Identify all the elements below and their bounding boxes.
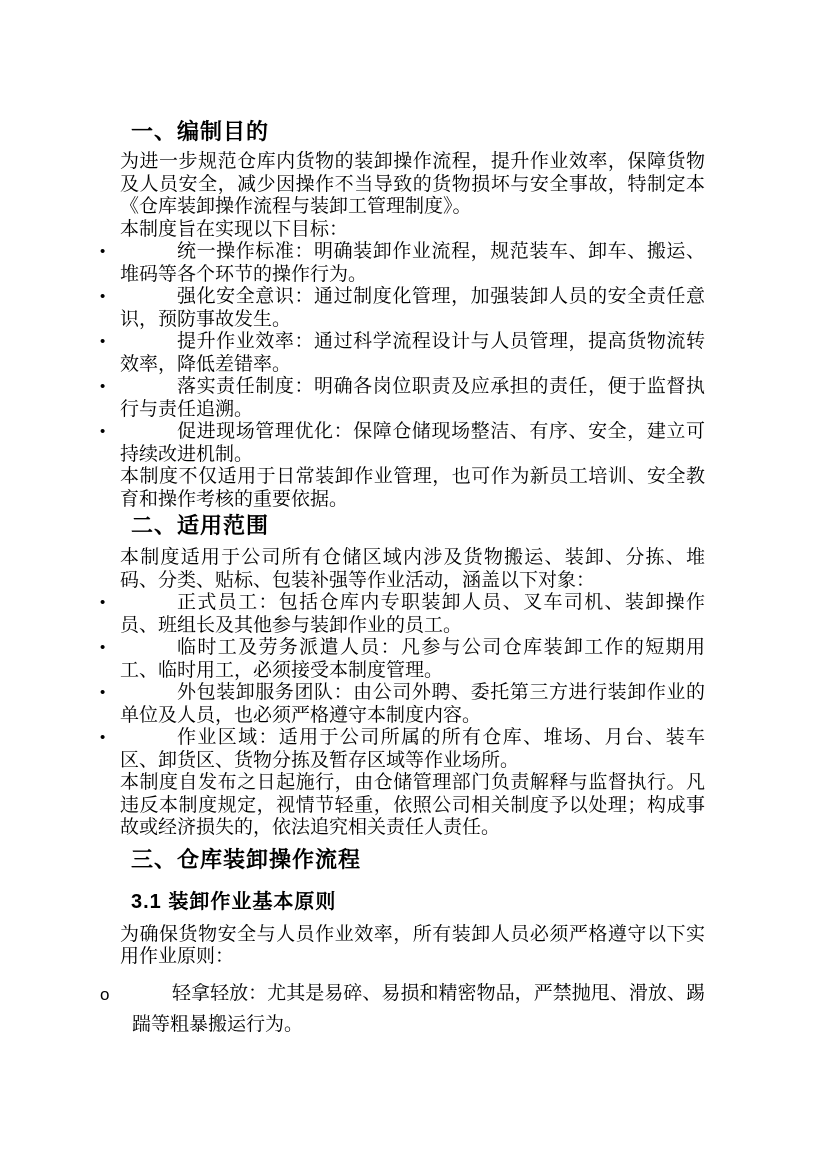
section-3-heading: 三、仓库装卸操作流程 — [131, 847, 705, 873]
list-item-text: 统一操作标准：明确装卸作业流程，规范装车、卸车、搬运、堆码等各个环节的操作行为。 — [120, 241, 705, 285]
bullet-marker: • — [100, 376, 105, 399]
bullet-list-item: • 强化安全意识：通过制度化管理，加强装卸人员的安全责任意识，预防事故发生。 — [120, 286, 705, 331]
bullet-marker: • — [100, 637, 105, 660]
list-item-text: 落实责任制度：明确各岗位职责及应承担的责任，便于监督执行与责任追溯。 — [120, 376, 705, 420]
circle-o-marker: o — [100, 979, 109, 1010]
bullet-list-item: • 统一操作标准：明确装卸作业流程，规范装车、卸车、搬运、堆码等各个环节的操作行… — [120, 241, 705, 286]
list-item-text: 外包装卸服务团队：由公司外聘、委托第三方进行装卸作业的单位及人员，也必须严格遵守… — [120, 682, 705, 726]
bullet-marker: • — [100, 592, 105, 615]
bullet-list-item: • 落实责任制度：明确各岗位职责及应承担的责任，便于监督执行与责任追溯。 — [120, 376, 705, 421]
bullet-list-item: • 作业区域：适用于公司所属的所有仓库、堆场、月台、装车区、卸货区、货物分拣及暂… — [120, 727, 705, 772]
list-item-text: 正式员工：包括仓库内专职装卸人员、叉车司机、装卸操作员、班组长及其他参与装卸作业… — [120, 592, 705, 636]
list-item-text: 促进现场管理优化：保障仓储现场整洁、有序、安全，建立可持续改进机制。 — [120, 421, 705, 465]
list-item-text: 提升作业效率：通过科学流程设计与人员管理，提高货物流转效率，降低差错率。 — [120, 331, 705, 375]
section-1-heading: 一、编制目的 — [131, 119, 705, 145]
body-paragraph: 本制度旨在实现以下目标： — [120, 219, 705, 242]
body-paragraph: 本制度自发布之日起施行，由仓储管理部门负责解释与监督执行。凡违反本制度规定，视情… — [120, 772, 705, 840]
document-page: 一、编制目的 为进一步规范仓库内货物的装卸操作流程，提升作业效率，保障货物及人员… — [0, 0, 826, 1169]
subsection-3-1-heading: 3.1 装卸作业基本原则 — [131, 890, 705, 914]
body-paragraph: 本制度不仅适用于日常装卸作业管理，也可作为新员工培训、安全教育和操作考核的重要依… — [120, 466, 705, 511]
bullet-list-item: • 正式员工：包括仓库内专职装卸人员、叉车司机、装卸操作员、班组长及其他参与装卸… — [120, 592, 705, 637]
bullet-marker: • — [100, 682, 105, 705]
list-item-text: 轻拿轻放：尤其是易碎、易损和精密物品，严禁抛甩、滑放、踢踹等粗暴搬运行为。 — [132, 983, 705, 1035]
bullet-marker: • — [100, 421, 105, 444]
bullet-list-item: • 临时工及劳务派遣人员：凡参与公司仓库装卸工作的短期用工、临时用工，必须接受本… — [120, 637, 705, 682]
bullet-list-item: • 外包装卸服务团队：由公司外聘、委托第三方进行装卸作业的单位及人员，也必须严格… — [120, 682, 705, 727]
body-paragraph: 为进一步规范仓库内货物的装卸操作流程，提升作业效率，保障货物及人员安全，减少因操… — [120, 151, 705, 219]
bullet-marker: • — [100, 727, 105, 750]
list-item-text: 临时工及劳务派遣人员：凡参与公司仓库装卸工作的短期用工、临时用工，必须接受本制度… — [120, 637, 705, 681]
list-item-text: 强化安全意识：通过制度化管理，加强装卸人员的安全责任意识，预防事故发生。 — [120, 286, 705, 330]
section-2-heading: 二、适用范围 — [131, 513, 705, 539]
body-paragraph: 为确保货物安全与人员作业效率，所有装卸人员必须严格遵守以下实用作业原则： — [120, 924, 705, 969]
bullet-marker: • — [100, 241, 105, 264]
bullet-marker: • — [100, 331, 105, 354]
list-item-text: 作业区域：适用于公司所属的所有仓库、堆场、月台、装车区、卸货区、货物分拣及暂存区… — [120, 727, 705, 771]
sub-bullet-list-item: o 轻拿轻放：尤其是易碎、易损和精密物品，严禁抛甩、滑放、踢踹等粗暴搬运行为。 — [132, 978, 705, 1040]
bullet-marker: • — [100, 286, 105, 309]
bullet-list-item: • 提升作业效率：通过科学流程设计与人员管理，提高货物流转效率，降低差错率。 — [120, 331, 705, 376]
body-paragraph: 本制度适用于公司所有仓储区域内涉及货物搬运、装卸、分拣、堆码、分类、贴标、包装补… — [120, 547, 705, 592]
bullet-list-item: • 促进现场管理优化：保障仓储现场整洁、有序、安全，建立可持续改进机制。 — [120, 421, 705, 466]
